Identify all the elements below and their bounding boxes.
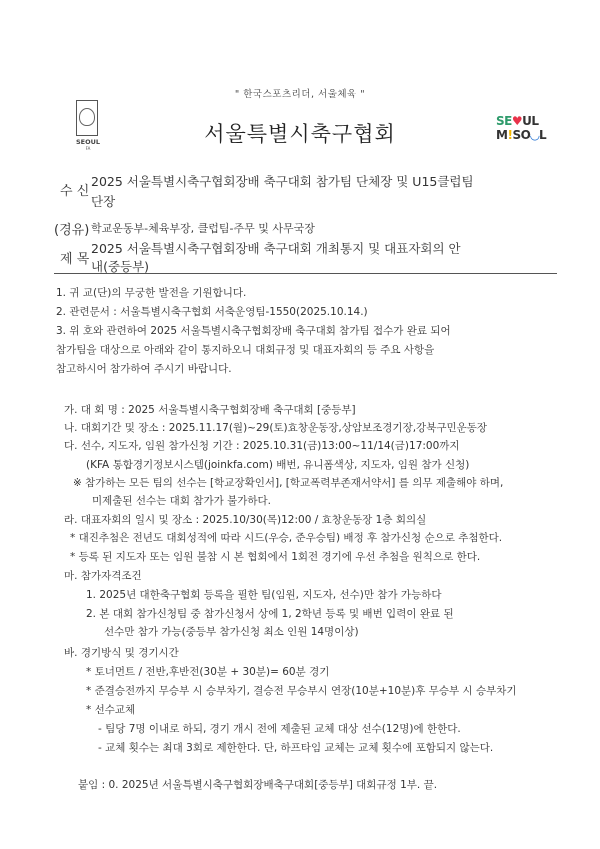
detail-ba-3: * 선수교체	[86, 702, 135, 717]
logo-l: L	[539, 128, 546, 142]
recipient-text-line2: 단장	[91, 192, 115, 210]
detail-da-note: (KFA 통합경기정보시스템(joinkfa.com) 배번, 유니폼색상, 지…	[86, 457, 469, 472]
intro-line-3: 3. 위 호와 관련하여 2025 서울특별시축구협회장배 축구대회 참가팀 접…	[56, 323, 451, 338]
logo-m: M	[496, 128, 507, 142]
detail-notice: ※ 참가하는 모든 팀의 선수는 [학교장확인서], [학교폭력부존재서약서] …	[73, 475, 503, 490]
logo-ul: UL	[522, 114, 538, 128]
intro-line-5: 참고하시어 참가하여 주시기 바랍니다.	[56, 361, 232, 376]
heart-icon: ♥	[512, 114, 522, 128]
logo-so: SO	[512, 128, 530, 142]
detail-notice-cont: 미제출된 선수는 대회 참가가 불가하다.	[92, 493, 271, 508]
detail-ba-2: * 준결승전까지 무승부 시 승부차기, 결승전 무승부시 연장(10분+10분…	[86, 683, 517, 698]
detail-ma-2: 2. 본 대회 참가신청팀 중 참가신청서 상에 1, 2학년 등록 및 배번 …	[86, 606, 454, 621]
recipient-label: 수 신	[60, 180, 89, 199]
header-divider	[54, 273, 557, 274]
intro-line-1: 1. 귀 교(단)의 무궁한 발전을 기원합니다.	[56, 285, 246, 300]
logo-se: SE	[496, 114, 512, 128]
detail-ba-1: * 토너먼트 / 전반,후반전(30분 + 30분)= 60분 경기	[86, 664, 329, 679]
detail-ra-note2: * 등록 된 지도자 또는 임원 불참 시 본 협회에서 1회전 경기에 우선 …	[70, 549, 480, 564]
via-label: (경유)	[54, 219, 89, 238]
via-text: 학교운동부-체육부장, 클럽팀-주무 및 사무국장	[91, 220, 315, 236]
detail-ba: 바. 경기방식 및 경기시간	[64, 645, 179, 660]
detail-na: 나. 대회기간 및 장소 : 2025.11.17(월)~29(토)효창운동장,…	[64, 420, 487, 435]
subject-text-line1: 2025 서울특별시축구협회장배 축구대회 개최통지 및 대표자회의 안	[91, 239, 461, 257]
detail-ma-1: 1. 2025년 대한축구협회 등록을 필한 팀(임원, 지도자, 선수)만 참…	[86, 587, 442, 602]
intro-line-4: 참가팀을 대상으로 아래와 같이 통지하오니 대회규정 및 대표자회의 등 주요…	[56, 342, 434, 357]
detail-ba-3-b: - 교체 횟수는 최대 3회로 제한한다. 단, 하프타임 교체는 교체 횟수에…	[98, 740, 493, 755]
detail-ra-note1: * 대진추첨은 전년도 대회성적에 따라 시드(우승, 준우승팀) 배정 후 참…	[70, 530, 502, 545]
slogan: " 한국스포츠리더, 서울체육 "	[0, 86, 600, 100]
recipient-text-line1: 2025 서울특별시축구협회장배 축구대회 참가팀 단체장 및 U15클럽팀	[91, 172, 474, 190]
detail-ga: 가. 대 회 명 : 2025 서울특별시축구협회장배 축구대회 [중등부]	[64, 402, 356, 417]
detail-ma: 마. 참가자격조건	[64, 568, 142, 583]
subject-label: 제 목	[60, 248, 89, 267]
seoul-my-soul-logo: SE♥UL M!SO◡L	[496, 114, 548, 148]
intro-line-2: 2. 관련문서 : 서울특별시축구협회 서축운영팀-1550(2025.10.1…	[56, 304, 368, 319]
detail-ra: 라. 대표자회의 일시 및 장소 : 2025.10/30(목)12:00 / …	[64, 512, 426, 527]
attachment-line: 붙임 : 0. 2025년 서울특별시축구협회장배축구대회[중등부] 대회규정 …	[78, 777, 437, 792]
smile-icon: ◡	[530, 128, 539, 142]
detail-ba-3-a: - 팀당 7명 이내로 하되, 경기 개시 전에 제출된 교체 대상 선수(12…	[98, 721, 461, 736]
detail-da: 다. 선수, 지도자, 임원 참가신청 기간 : 2025.10.31(금)13…	[64, 438, 460, 453]
detail-ma-2-cont: 선수만 참가 가능(중등부 참가신청 최소 인원 14명이상)	[104, 624, 359, 639]
